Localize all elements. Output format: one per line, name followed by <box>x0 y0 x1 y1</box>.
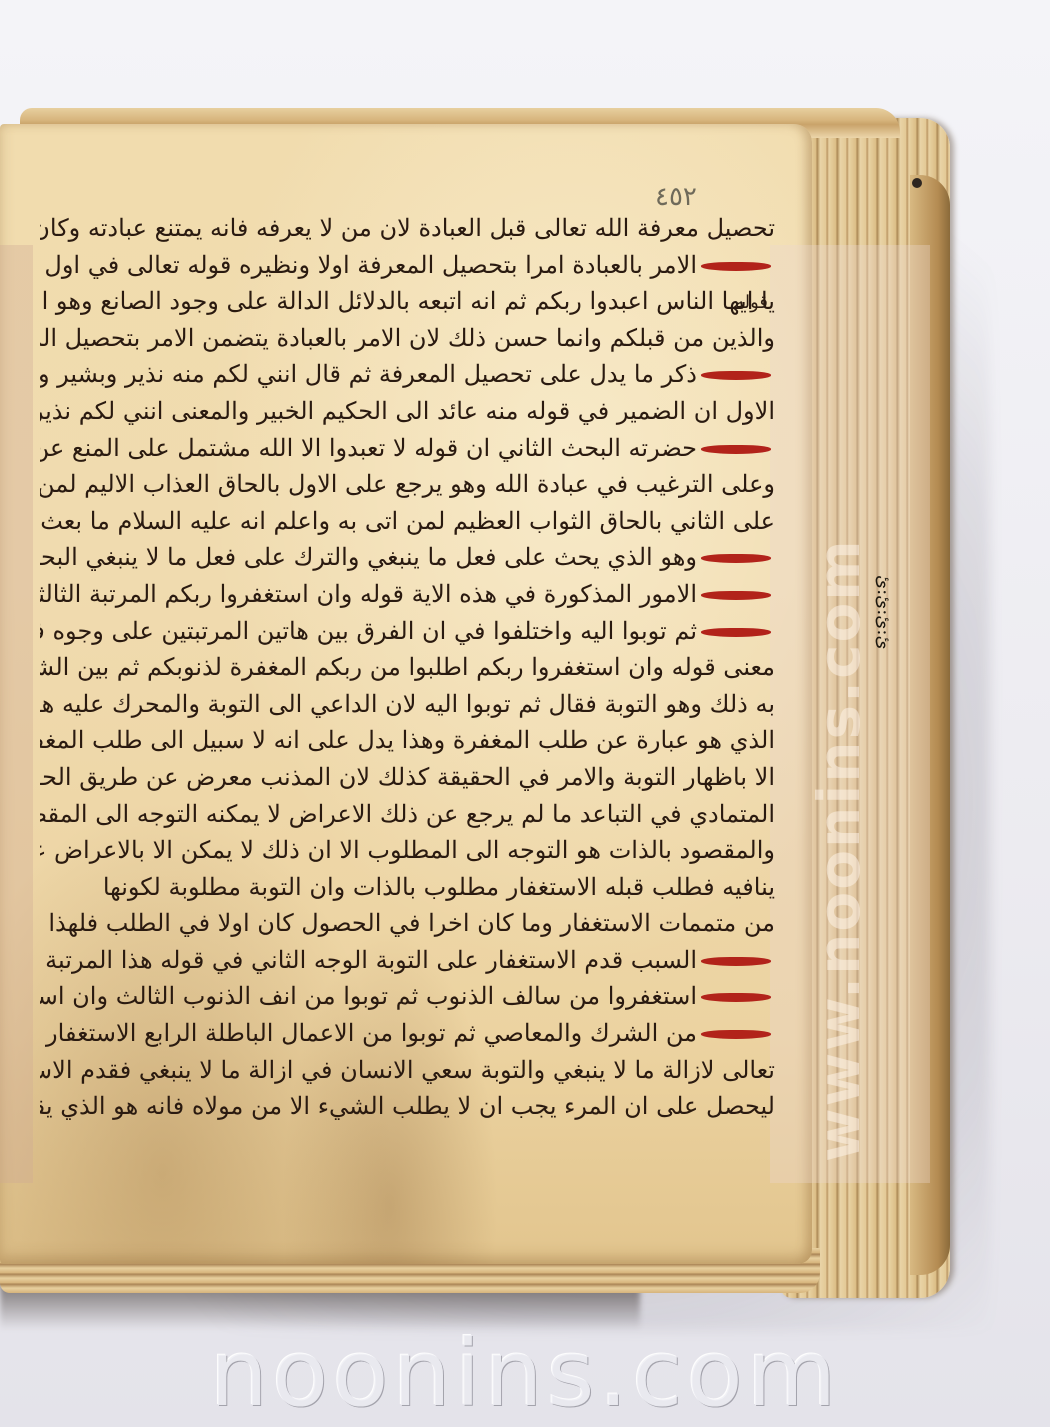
manuscript-line-text: به ذلك وهو التوبة فقال ثم توبوا اليه لان… <box>40 690 775 718</box>
manuscript-line: المتمادي في التباعد ما لم يرجع عن ذلك ال… <box>40 796 775 833</box>
red-rubric-overline <box>701 628 771 637</box>
manuscript-line-text: وعلى الترغيب في عبادة الله وهو يرجع على … <box>40 470 775 498</box>
red-rubric-overline <box>701 554 771 563</box>
manuscript-line: وهو الذي يحث على فعل ما ينبغي والترك على… <box>40 539 775 576</box>
manuscript-line-text: الامر بالعبادة امرا بتحصيل المعرفة اولا … <box>40 251 697 279</box>
red-rubric-overline <box>701 957 771 966</box>
manuscript-line: معنى قوله وان استغفروا ربكم اطلبوا من رب… <box>40 649 775 686</box>
manuscript-line: به ذلك وهو التوبة فقال ثم توبوا اليه لان… <box>40 686 775 723</box>
watermark-footer: noonins.com <box>0 1320 1050 1427</box>
manuscript-line: ذكر ما يدل على تحصيل المعرفة ثم قال انني… <box>40 356 775 393</box>
manuscript-line-text: تحصيل معرفة الله تعالى قبل العبادة لان م… <box>40 214 775 242</box>
manuscript-line: حضرته البحث الثاني ان قوله لا تعبدوا الا… <box>40 430 775 467</box>
manuscript-line: والمقصود بالذات هو التوجه الى المطلوب ال… <box>40 832 775 869</box>
red-rubric-overline <box>701 445 771 454</box>
manuscript-line-text: حضرته البحث الثاني ان قوله لا تعبدوا الا… <box>40 434 697 462</box>
manuscript-line-text: تعالى لازالة ما لا ينبغي والتوبة سعي الا… <box>40 1056 775 1084</box>
manuscript-line: ينافيه فطلب قبله الاستغفار مطلوب بالذات … <box>40 869 775 906</box>
manuscript-line: من الشرك والمعاصي ثم توبوا من الاعمال ال… <box>40 1015 775 1052</box>
manuscript-line-text: الاول ان الضمير في قوله منه عائد الى الح… <box>40 397 775 425</box>
manuscript-line-text: على الثاني بالحاق الثواب العظيم لمن اتى … <box>40 507 775 535</box>
manuscript-line: وعلى الترغيب في عبادة الله وهو يرجع على … <box>40 466 775 503</box>
manuscript-line: من متممات الاستغفار وما كان اخرا في الحص… <box>40 905 775 942</box>
manuscript-line: الذي هو عبارة عن طلب المغفرة وهذا يدل عل… <box>40 722 775 759</box>
manuscript-line: تحصيل معرفة الله تعالى قبل العبادة لان م… <box>40 210 775 247</box>
manuscript-line-text: والمقصود بالذات هو التوجه الى المطلوب ال… <box>40 836 775 864</box>
manuscript-line-text: ينافيه فطلب قبله الاستغفار مطلوب بالذات … <box>103 873 775 901</box>
manuscript-text-block: تحصيل معرفة الله تعالى قبل العبادة لان م… <box>40 210 775 1125</box>
manuscript-line: ثم توبوا اليه واختلفوا في ان الفرق بين ه… <box>40 613 775 650</box>
manuscript-line: الا باظهار التوبة والامر في الحقيقة كذلك… <box>40 759 775 796</box>
folio-number: ٤٥٢ <box>655 182 697 212</box>
manuscript-line-text: المتمادي في التباعد ما لم يرجع عن ذلك ال… <box>40 800 775 828</box>
manuscript-line-text: وهو الذي يحث على فعل ما ينبغي والترك على… <box>40 543 697 571</box>
photo-scene: ٤٥٢ قوله تحصيل معرفة الله تعالى قبل العب… <box>0 0 1050 1427</box>
manuscript-line-text: ليحصل على ان المرء يجب ان لا يطلب الشيء … <box>40 1092 775 1120</box>
manuscript-line-text: استغفروا من سالف الذنوب ثم توبوا من انف … <box>40 982 697 1010</box>
manuscript-line-text: الامور المذكورة في هذه الاية قوله وان اس… <box>40 580 697 608</box>
red-rubric-overline <box>701 371 771 380</box>
manuscript-line-text: من متممات الاستغفار وما كان اخرا في الحص… <box>48 909 775 937</box>
manuscript-line-text: السبب قدم الاستغفار على التوبة الوجه الث… <box>40 946 697 974</box>
manuscript-line: السبب قدم الاستغفار على التوبة الوجه الث… <box>40 942 775 979</box>
watermark-vertical: www.noonins.com <box>805 520 925 1180</box>
manuscript-line: الامر بالعبادة امرا بتحصيل المعرفة اولا … <box>40 247 775 284</box>
manuscript-line: والذين من قبلكم وانما حسن ذلك لان الامر … <box>40 320 775 357</box>
red-rubric-overline <box>701 993 771 1002</box>
manuscript-line-text: من الشرك والمعاصي ثم توبوا من الاعمال ال… <box>40 1019 697 1047</box>
manuscript-line: على الثاني بالحاق الثواب العظيم لمن اتى … <box>40 503 775 540</box>
manuscript-line: ليحصل على ان المرء يجب ان لا يطلب الشيء … <box>40 1088 775 1125</box>
watermark-panel-left <box>0 245 33 1183</box>
manuscript-line: يا ايها الناس اعبدوا ربكم ثم انه اتبعه ب… <box>40 283 775 320</box>
red-rubric-overline <box>701 262 771 271</box>
red-rubric-overline <box>701 591 771 600</box>
manuscript-line-text: ذكر ما يدل على تحصيل المعرفة ثم قال انني… <box>40 360 697 388</box>
manuscript-line-text: والذين من قبلكم وانما حسن ذلك لان الامر … <box>40 324 775 352</box>
manuscript-line-text: يا ايها الناس اعبدوا ربكم ثم انه اتبعه ب… <box>40 287 775 315</box>
manuscript-line-text: الا باظهار التوبة والامر في الحقيقة كذلك… <box>40 763 775 791</box>
manuscript-line: الاول ان الضمير في قوله منه عائد الى الح… <box>40 393 775 430</box>
manuscript-line-text: معنى قوله وان استغفروا ربكم اطلبوا من رب… <box>40 653 775 681</box>
red-rubric-overline <box>701 1030 771 1039</box>
manuscript-line: استغفروا من سالف الذنوب ثم توبوا من انف … <box>40 978 775 1015</box>
manuscript-line: الامور المذكورة في هذه الاية قوله وان اس… <box>40 576 775 613</box>
binding-knot <box>912 178 922 188</box>
manuscript-line-text: ثم توبوا اليه واختلفوا في ان الفرق بين ه… <box>40 617 697 645</box>
manuscript-line-text: الذي هو عبارة عن طلب المغفرة وهذا يدل عل… <box>40 726 775 754</box>
manuscript-line: تعالى لازالة ما لا ينبغي والتوبة سعي الا… <box>40 1052 775 1089</box>
